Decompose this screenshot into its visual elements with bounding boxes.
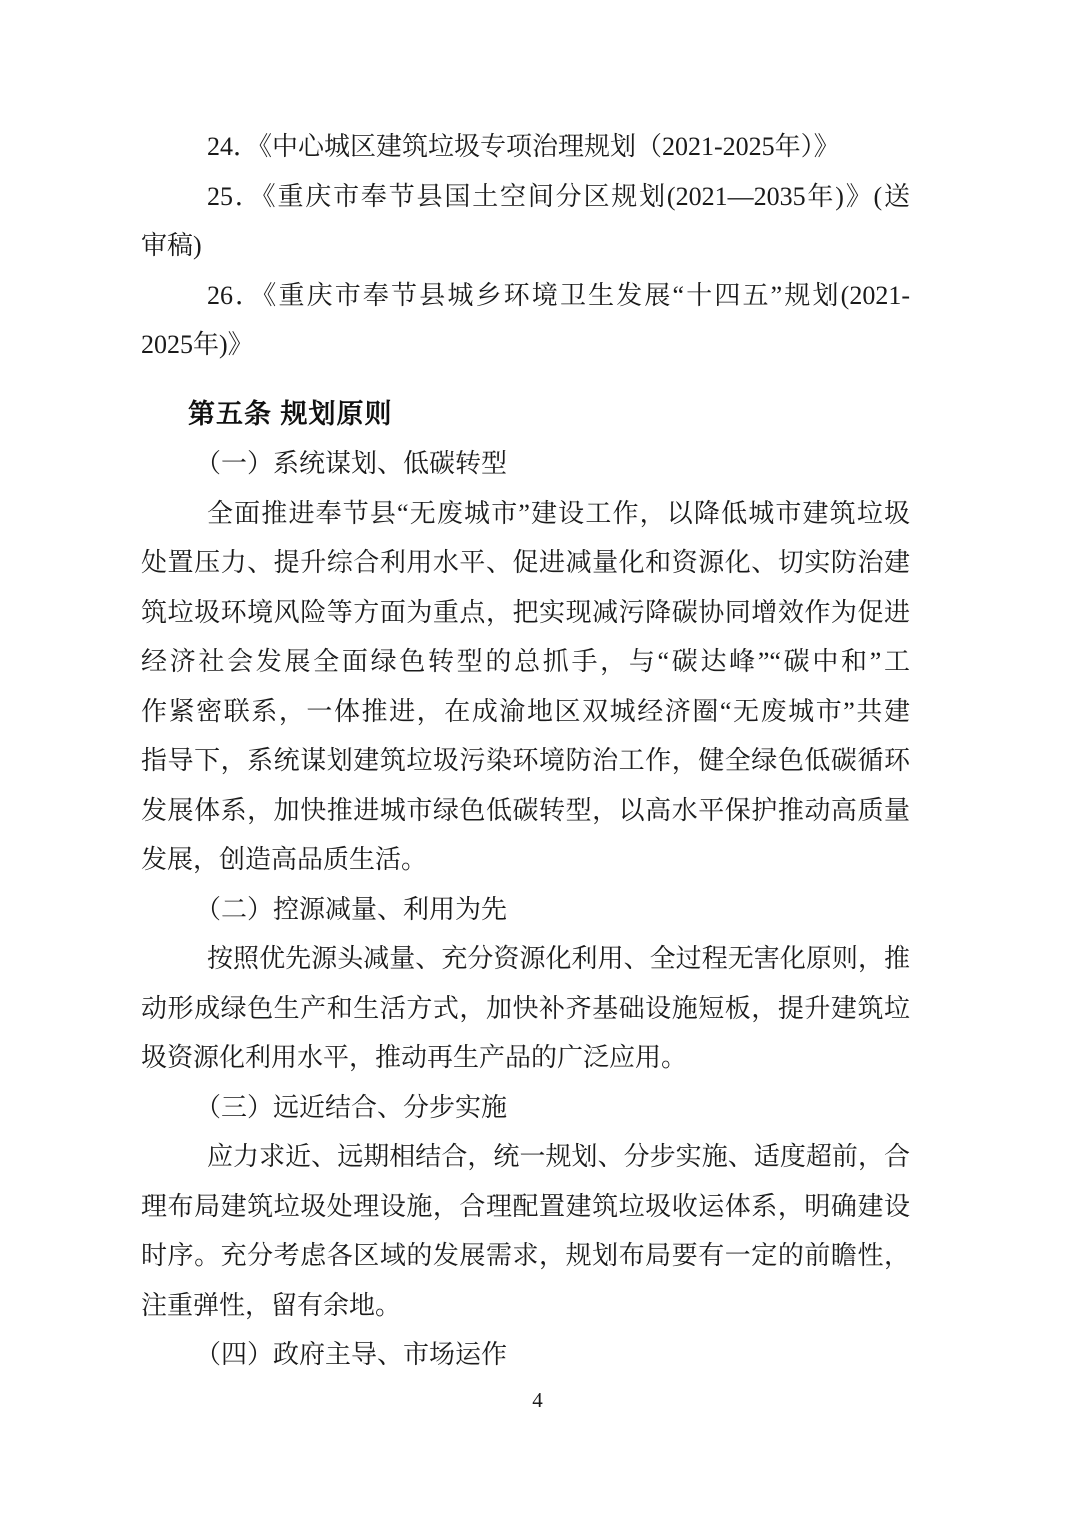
paragraph-line: 作紧密联系，一体推进，在成渝地区双城经济圈“无废城市”共建: [141, 687, 910, 737]
principle-1-subheading: （一）系统谋划、低碳转型: [141, 439, 910, 489]
paragraph-line: 按照优先源头减量、充分资源化利用、全过程无害化原则，推: [141, 934, 910, 984]
paragraph-line: 指导下，系统谋划建筑垃圾污染环境防治工作，健全绿色低碳循环: [141, 736, 910, 786]
reference-item-26-line-2: 2025年)》: [141, 320, 910, 370]
paragraph-line: 发展，创造高品质生活。: [141, 835, 910, 885]
document-content: 24．《中心城区建筑垃圾专项治理规划（2021-2025年）》 25．《重庆市奉…: [141, 122, 910, 1380]
principle-2-subheading: （二）控源减量、利用为先: [141, 885, 910, 935]
paragraph-line: 理布局建筑垃圾处理设施，合理配置建筑垃圾收运体系，明确建设: [141, 1182, 910, 1232]
document-page: 24．《中心城区建筑垃圾专项治理规划（2021-2025年）》 25．《重庆市奉…: [0, 0, 1075, 1520]
paragraph-line: 注重弹性，留有余地。: [141, 1281, 910, 1331]
paragraph-line: 发展体系，加快推进城市绿色低碳转型，以高水平保护推动高质量: [141, 786, 910, 836]
reference-item-26-line-1: 26．《重庆市奉节县城乡环境卫生发展“十四五”规划(2021-: [141, 271, 910, 321]
paragraph-line: 筑垃圾环境风险等方面为重点，把实现减污降碳协同增效作为促进: [141, 588, 910, 638]
paragraph-line: 圾资源化利用水平，推动再生产品的广泛应用。: [141, 1033, 910, 1083]
paragraph-line: 时序。充分考虑各区域的发展需求，规划布局要有一定的前瞻性，: [141, 1231, 910, 1281]
paragraph-line: 处置压力、提升综合利用水平、促进减量化和资源化、切实防治建: [141, 538, 910, 588]
reference-item-25-line-1: 25．《重庆市奉节县国土空间分区规划(2021—2035年)》(送: [141, 172, 910, 222]
reference-item-25-line-2: 审稿): [141, 221, 910, 271]
article-5-heading: 第五条 规划原则: [141, 390, 910, 440]
paragraph-line: 应力求近、远期相结合，统一规划、分步实施、适度超前，合: [141, 1132, 910, 1182]
paragraph-line: 经济社会发展全面绿色转型的总抓手，与“碳达峰”“碳中和”工: [141, 637, 910, 687]
page-number: 4: [0, 1388, 1075, 1413]
paragraph-line: 全面推进奉节县“无废城市”建设工作，以降低城市建筑垃圾: [141, 489, 910, 539]
principle-4-subheading: （四）政府主导、市场运作: [141, 1330, 910, 1380]
paragraph-line: 动形成绿色生产和生活方式，加快补齐基础设施短板，提升建筑垃: [141, 984, 910, 1034]
reference-item-24: 24．《中心城区建筑垃圾专项治理规划（2021-2025年）》: [141, 122, 910, 172]
principle-3-subheading: （三）远近结合、分步实施: [141, 1083, 910, 1133]
